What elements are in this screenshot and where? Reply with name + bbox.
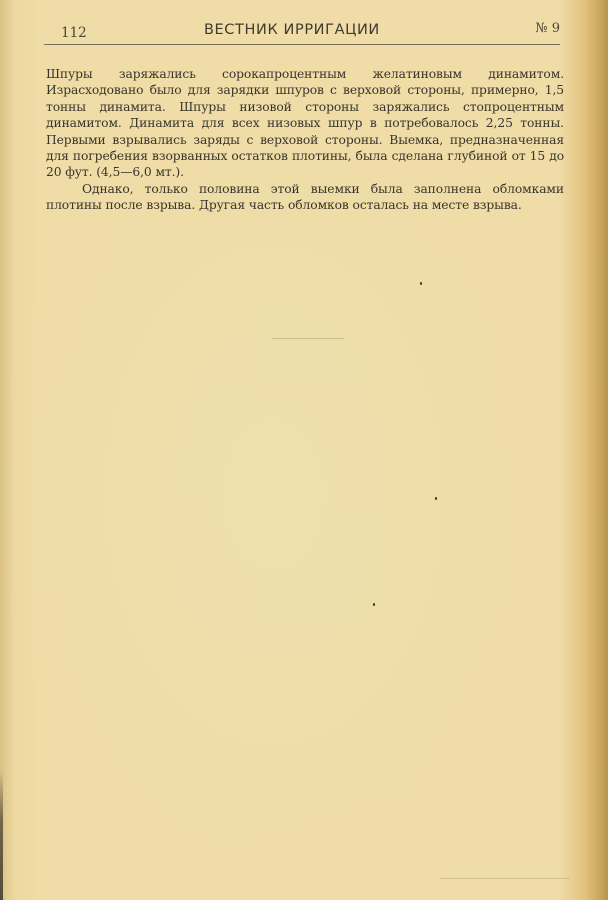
paragraph: Однако, только половина этой выемки была… [46,181,564,214]
issue-number: № 9 [535,21,560,36]
paper-speck [435,497,437,500]
article-body: Шпуры заряжались сорокапроцентным желати… [46,66,564,214]
paragraph: Шпуры заряжались сорокапроцентным желати… [46,66,564,181]
scanned-page: 112 ВЕСТНИК ИРРИГАЦИИ № 9 Шпуры заряжали… [0,0,608,900]
journal-title: ВЕСТНИК ИРРИГАЦИИ [204,22,380,38]
show-through-rule [440,878,570,879]
running-header: 112 ВЕСТНИК ИРРИГАЦИИ № 9 [44,20,560,42]
header-divider [44,44,560,45]
binding-edge [0,770,3,900]
paper-speck [373,603,375,606]
page-number: 112 [61,25,87,41]
show-through-rule [272,338,344,339]
paper-speck [420,282,422,285]
